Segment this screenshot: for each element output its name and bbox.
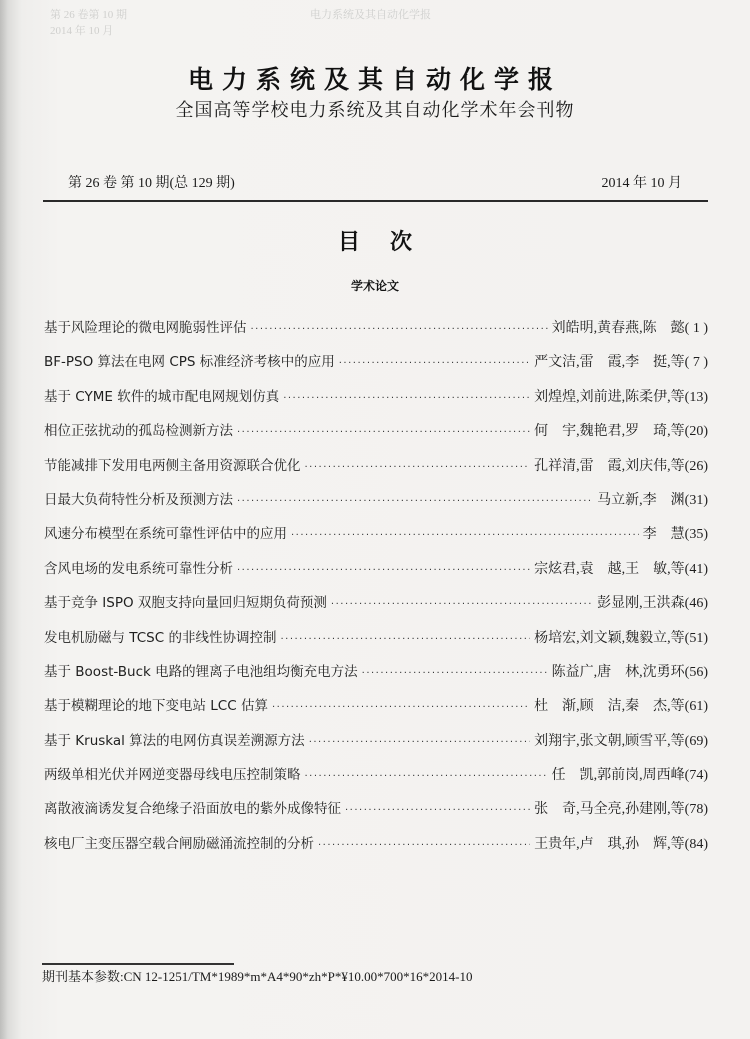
toc-entry[interactable]: 基于竞争 ISPO 双胞支持向量回归短期负荷预测 彭显刚,王洪森 (46) xyxy=(44,591,708,625)
article-page: (84) xyxy=(685,837,708,853)
toc-entry[interactable]: 基于模糊理论的地下变电站 LCC 估算 杜 渐,顾 洁,秦 杰,等 (61) xyxy=(44,694,708,728)
article-authors: 王贵年,卢 琪,孙 辉,等 xyxy=(534,833,685,853)
article-page: ( 7 ) xyxy=(685,355,708,371)
toc-entry[interactable]: BF-PSO 算法在电网 CPS 标准经济考核中的应用 严文洁,雷 霞,李 挺,… xyxy=(44,350,708,384)
article-authors: 李 慧 xyxy=(643,523,685,543)
toc-entry[interactable]: 基于 CYME 软件的城市配电网规划仿真 刘煌煌,刘前进,陈柔伊,等 (13) xyxy=(44,385,708,419)
journal-page: 第 26 卷第 10 期 2014 年 10 月 电力系统及其自动化学报 电力系… xyxy=(0,0,750,1039)
dot-leader xyxy=(237,496,593,507)
article-authors: 严文洁,雷 霞,李 挺,等 xyxy=(534,351,685,371)
toc-entry[interactable]: 基于风险理论的微电网脆弱性评估 刘皓明,黄春燕,陈 懿 ( 1 ) xyxy=(44,316,708,350)
bleed-through-text: 电力系统及其自动化学报 xyxy=(310,6,431,22)
article-authors: 杨培宏,刘文颖,魏毅立,等 xyxy=(534,627,685,647)
dot-leader xyxy=(251,324,548,335)
article-authors: 彭显刚,王洪森 xyxy=(597,592,685,612)
dot-leader xyxy=(280,634,530,645)
article-page: (20) xyxy=(685,424,708,440)
volume-issue: 第 26 卷 第 10 期(总 129 期) xyxy=(68,172,235,192)
article-page: (35) xyxy=(685,527,708,543)
dot-leader xyxy=(305,771,548,782)
toc-list: 基于风险理论的微电网脆弱性评估 刘皓明,黄春燕,陈 懿 ( 1 ) BF-PSO… xyxy=(44,316,708,866)
article-title: 基于风险理论的微电网脆弱性评估 xyxy=(44,316,247,336)
article-title: 节能减排下发用电两侧主备用资源联合优化 xyxy=(44,454,301,474)
toc-entry[interactable]: 日最大负荷特性分析及预测方法 马立新,李 渊 (31) xyxy=(44,488,708,522)
dot-leader xyxy=(362,668,548,679)
article-title: 相位正弦扰动的孤岛检测新方法 xyxy=(44,419,233,439)
dot-leader xyxy=(305,462,531,473)
article-authors: 宗炫君,袁 越,王 敏,等 xyxy=(534,558,685,578)
article-title: 基于竞争 ISPO 双胞支持向量回归短期负荷预测 xyxy=(44,591,327,611)
article-authors: 马立新,李 渊 xyxy=(597,489,685,509)
article-title: 离散液滴诱发复合绝缘子沿面放电的紫外成像特征 xyxy=(44,797,341,817)
toc-entry[interactable]: 基于 Kruskal 算法的电网仿真误差溯源方法 刘翔宇,张文朝,顾雪平,等 (… xyxy=(44,729,708,763)
article-page: (74) xyxy=(685,768,708,784)
article-page: (78) xyxy=(685,802,708,818)
article-authors: 何 宇,魏艳君,罗 琦,等 xyxy=(534,420,685,440)
dot-leader xyxy=(272,702,530,713)
article-authors: 刘翔宇,张文朝,顾雪平,等 xyxy=(534,730,685,750)
article-title: BF-PSO 算法在电网 CPS 标准经济考核中的应用 xyxy=(44,350,335,370)
footnote-divider xyxy=(42,963,234,965)
toc-entry[interactable]: 发电机励磁与 TCSC 的非线性协调控制 杨培宏,刘文颖,魏毅立,等 (51) xyxy=(44,626,708,660)
article-authors: 孔祥清,雷 霞,刘庆伟,等 xyxy=(534,455,685,475)
journal-parameters: 期刊基本参数:CN 12-1251/TM*1989*m*A4*90*zh*P*¥… xyxy=(42,966,472,985)
dot-leader xyxy=(331,599,593,610)
article-authors: 刘皓明,黄春燕,陈 懿 xyxy=(552,317,685,337)
article-page: (31) xyxy=(685,493,708,509)
article-title: 基于 Boost-Buck 电路的锂离子电池组均衡充电方法 xyxy=(44,660,358,680)
article-title: 日最大负荷特性分析及预测方法 xyxy=(44,488,233,508)
article-page: (13) xyxy=(685,390,708,406)
article-page: (56) xyxy=(685,665,708,681)
toc-entry[interactable]: 节能减排下发用电两侧主备用资源联合优化 孔祥清,雷 霞,刘庆伟,等 (26) xyxy=(44,454,708,488)
toc-entry[interactable]: 风速分布模型在系统可靠性评估中的应用 李 慧 (35) xyxy=(44,522,708,556)
toc-entry[interactable]: 相位正弦扰动的孤岛检测新方法 何 宇,魏艳君,罗 琦,等 (20) xyxy=(44,419,708,453)
issue-date: 2014 年 10 月 xyxy=(602,172,683,192)
article-page: (41) xyxy=(685,562,708,578)
article-title: 基于 Kruskal 算法的电网仿真误差溯源方法 xyxy=(44,729,305,749)
toc-entry[interactable]: 核电厂主变压器空载合闸励磁涌流控制的分析 王贵年,卢 琪,孙 辉,等 (84) xyxy=(44,832,708,866)
journal-subtitle: 全国高等学校电力系统及其自动化学术年会刊物 xyxy=(0,96,750,122)
article-title: 基于 CYME 软件的城市配电网规划仿真 xyxy=(44,385,279,405)
article-page: (46) xyxy=(685,596,708,612)
article-title: 风速分布模型在系统可靠性评估中的应用 xyxy=(44,522,287,542)
article-authors: 张 奇,马全亮,孙建刚,等 xyxy=(534,798,685,818)
dot-leader xyxy=(345,805,530,816)
article-title: 两级单相光伏并网逆变器母线电压控制策略 xyxy=(44,763,301,783)
dot-leader xyxy=(309,737,530,748)
dot-leader xyxy=(318,840,530,851)
dot-leader xyxy=(291,530,639,541)
journal-title: 电力系统及其自动化学报 xyxy=(0,60,750,96)
article-title: 基于模糊理论的地下变电站 LCC 估算 xyxy=(44,694,268,714)
article-page: (26) xyxy=(685,459,708,475)
header-divider xyxy=(43,200,708,202)
article-title: 发电机励磁与 TCSC 的非线性协调控制 xyxy=(44,626,276,646)
article-title: 核电厂主变压器空载合闸励磁涌流控制的分析 xyxy=(44,832,314,852)
article-page: ( 1 ) xyxy=(685,321,708,337)
dot-leader xyxy=(237,565,530,576)
article-page: (69) xyxy=(685,734,708,750)
bleed-through-text: 第 26 卷第 10 期 xyxy=(50,6,127,22)
dot-leader xyxy=(237,427,530,438)
article-authors: 陈益广,唐 林,沈勇环 xyxy=(552,661,685,681)
section-heading: 学术论文 xyxy=(0,277,750,294)
article-authors: 刘煌煌,刘前进,陈柔伊,等 xyxy=(534,386,685,406)
article-authors: 任 凯,郭前岗,周西峰 xyxy=(552,764,685,784)
toc-entry[interactable]: 含风电场的发电系统可靠性分析 宗炫君,袁 越,王 敏,等 (41) xyxy=(44,557,708,591)
toc-heading: 目次 xyxy=(0,225,750,256)
dot-leader xyxy=(283,393,530,404)
dot-leader xyxy=(339,358,530,369)
article-page: (51) xyxy=(685,631,708,647)
toc-entry[interactable]: 两级单相光伏并网逆变器母线电压控制策略 任 凯,郭前岗,周西峰 (74) xyxy=(44,763,708,797)
article-authors: 杜 渐,顾 洁,秦 杰,等 xyxy=(534,695,685,715)
article-title: 含风电场的发电系统可靠性分析 xyxy=(44,557,233,577)
toc-entry[interactable]: 基于 Boost-Buck 电路的锂离子电池组均衡充电方法 陈益广,唐 林,沈勇… xyxy=(44,660,708,694)
toc-entry[interactable]: 离散液滴诱发复合绝缘子沿面放电的紫外成像特征 张 奇,马全亮,孙建刚,等 (78… xyxy=(44,797,708,831)
bleed-through-text: 2014 年 10 月 xyxy=(50,22,113,38)
article-page: (61) xyxy=(685,699,708,715)
